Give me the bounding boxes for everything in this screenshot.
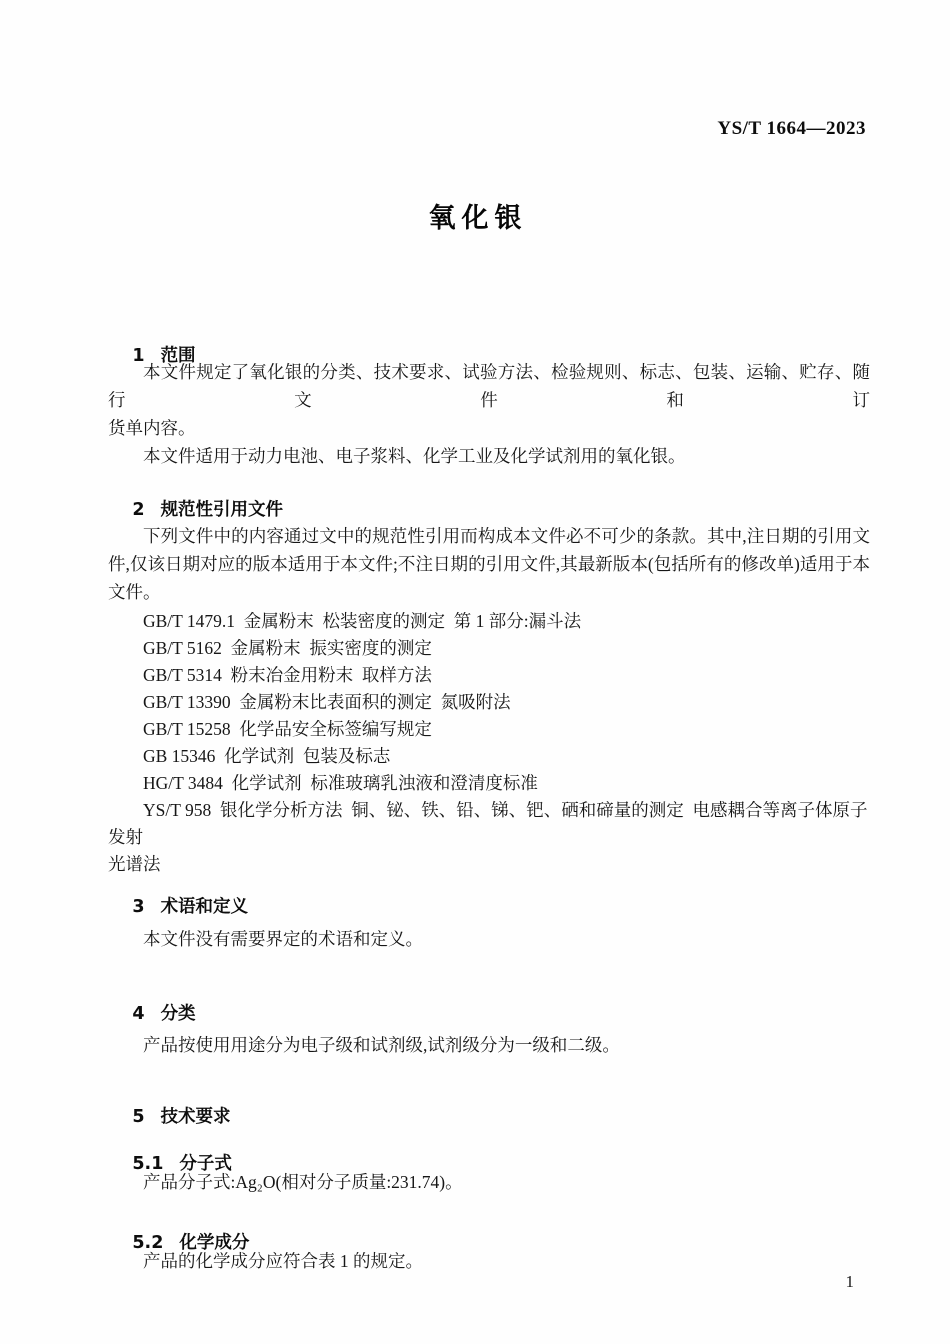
paragraph-line: 下列文件中的内容通过文中的规范性引用而构成本文件必不可少的条款。其中,注日期的引…	[108, 522, 870, 550]
paragraph-line: 件,仅该日期对应的版本适用于本文件;不注日期的引用文件,其最新版本(包括所有的修…	[108, 550, 870, 578]
document-page: YS/T 1664—2023 氧化银 1范围 本文件规定了氧化银的分类、技术要求…	[0, 0, 950, 1344]
section-4-number: 4	[132, 1004, 144, 1025]
section-5-2-body: 产品的化学成分应符合表 1 的规定。	[108, 1247, 870, 1275]
section-4-body: 产品按使用用途分为电子级和试剂级,试剂级分为一级和二级。	[108, 1031, 870, 1059]
section-3-number: 3	[132, 897, 144, 918]
paragraph-line: 本文件适用于动力电池、电子浆料、化学工业及化学试剂用的氧化银。	[108, 442, 870, 470]
document-title: 氧化银	[0, 196, 950, 235]
reference-item: GB/T 15258 化学品安全标签编写规定	[108, 716, 870, 743]
reference-item: GB/T 1479.1 金属粉末 松装密度的测定 第 1 部分:漏斗法	[108, 608, 870, 635]
section-4-title: 分类	[161, 1004, 196, 1024]
reference-item: GB/T 5314 粉末冶金用粉末 取样方法	[108, 662, 870, 689]
reference-item: GB 15346 化学试剂 包装及标志	[108, 743, 870, 770]
paragraph-line: 本文件没有需要界定的术语和定义。	[108, 925, 870, 953]
normative-references-list: GB/T 1479.1 金属粉末 松装密度的测定 第 1 部分:漏斗法 GB/T…	[108, 608, 870, 878]
reference-item: GB/T 5162 金属粉末 振实密度的测定	[108, 635, 870, 662]
section-3-body: 本文件没有需要界定的术语和定义。	[108, 925, 870, 953]
section-1-body: 本文件规定了氧化银的分类、技术要求、试验方法、检验规则、标志、包装、运输、贮存、…	[108, 358, 870, 470]
paragraph-line: 产品按使用用途分为电子级和试剂级,试剂级分为一级和二级。	[108, 1031, 870, 1059]
standard-number: YS/T 1664—2023	[717, 118, 866, 140]
section-3-title: 术语和定义	[161, 897, 249, 917]
section-5-title: 技术要求	[161, 1107, 231, 1127]
reference-item: HG/T 3484 化学试剂 标准玻璃乳浊液和澄清度标准	[108, 770, 870, 797]
page-number: 1	[846, 1272, 855, 1292]
section-5-1-body: 产品分子式:Ag₂O(相对分子质量:231.74)。	[108, 1168, 870, 1196]
reference-item-continuation: 光谱法	[108, 851, 870, 878]
paragraph-line: 文件。	[108, 578, 870, 606]
paragraph-line: 本文件规定了氧化银的分类、技术要求、试验方法、检验规则、标志、包装、运输、贮存、…	[108, 358, 870, 414]
section-2-intro: 下列文件中的内容通过文中的规范性引用而构成本文件必不可少的条款。其中,注日期的引…	[108, 522, 870, 606]
paragraph-line: 产品分子式:Ag₂O(相对分子质量:231.74)。	[108, 1168, 870, 1196]
reference-item: YS/T 958 银化学分析方法 铜、铋、铁、铅、锑、钯、硒和碲量的测定 电感耦…	[108, 797, 870, 851]
reference-item: GB/T 13390 金属粉末比表面积的测定 氮吸附法	[108, 689, 870, 716]
paragraph-line: 产品的化学成分应符合表 1 的规定。	[108, 1247, 870, 1275]
section-2-title: 规范性引用文件	[161, 500, 284, 520]
section-2-number: 2	[132, 500, 144, 521]
section-5-number: 5	[132, 1107, 144, 1128]
paragraph-line: 货单内容。	[108, 414, 870, 442]
